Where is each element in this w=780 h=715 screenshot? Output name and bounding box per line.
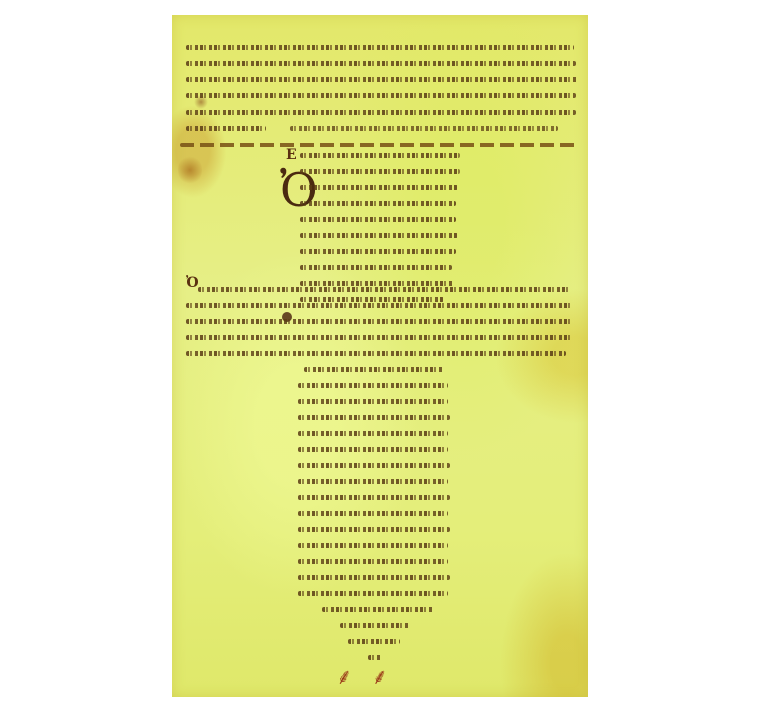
end-ornament: ⸙ ⸙ xyxy=(336,661,394,691)
arm-initial: Ὀ xyxy=(186,275,199,291)
manuscript-page: Ε Ὀ Ὀ xyxy=(172,15,588,697)
stain xyxy=(178,155,202,185)
small-initial: Ε xyxy=(286,147,297,163)
